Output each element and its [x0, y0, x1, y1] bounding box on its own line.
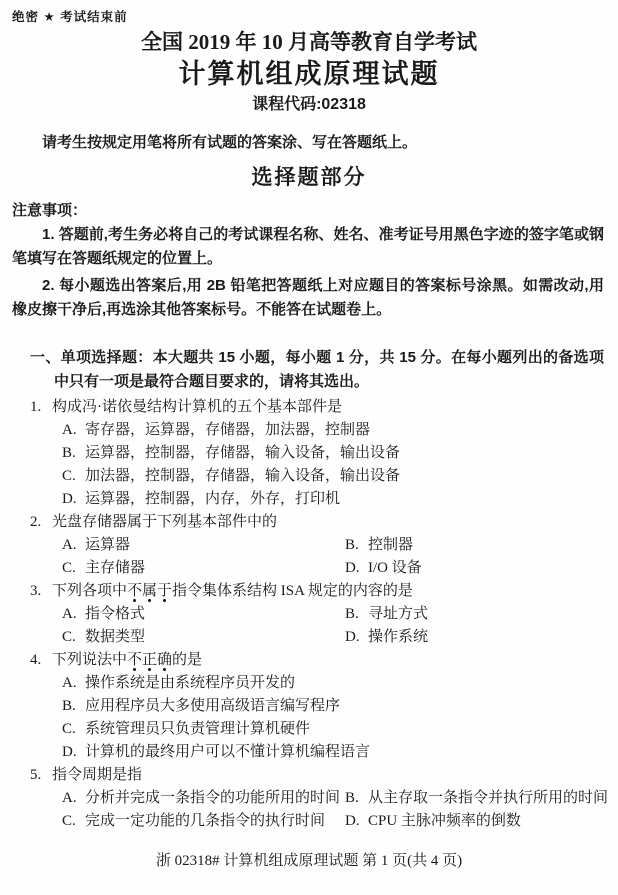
question-stem-text: 光盘存储器属于下列基本部件中的 [52, 511, 277, 534]
option-label: A. [62, 672, 85, 695]
question-stem: 5.指令周期是指 [0, 764, 618, 787]
option-label: D. [62, 488, 85, 511]
option-label: C. [62, 626, 85, 649]
option: C.主存储器 [62, 557, 345, 580]
notice-item-1: 1. 答题前,考生务必将自己的考试课程名称、姓名、准考证号用黑色字迹的签字笔或钢… [12, 223, 604, 271]
option-label: C. [62, 557, 85, 580]
option-row: C.数据类型D.操作系统 [0, 626, 618, 649]
option-row: C.完成一定功能的几条指令的执行时间D.CPU 主脉冲频率的倒数 [0, 810, 618, 833]
option-label: B. [345, 787, 368, 810]
question-item-1: 1.构成冯·诺依曼结构计算机的五个基本部件是A.寄存器，运算器，存储器，加法器，… [0, 396, 618, 511]
question-number: 5. [30, 764, 52, 787]
option: C.完成一定功能的几条指令的执行时间 [62, 810, 345, 833]
option: B.运算器，控制器，存储器，输入设备，输出设备 [62, 442, 400, 465]
option-text: 指令格式 [85, 603, 145, 626]
notice-item-2: 2. 每小题选出答案后,用 2B 铅笔把答题纸上对应题目的答案标号涂黑。如需改动… [12, 274, 604, 322]
option-label: D. [345, 557, 368, 580]
option-row: D.计算机的最终用户可以不懂计算机编程语言 [0, 741, 618, 764]
option: D.I/O 设备 [345, 557, 618, 580]
option-row: C.主存储器D.I/O 设备 [0, 557, 618, 580]
option-row: A.分析并完成一条指令的功能所用的时间B.从主存取一条指令并执行所用的时间 [0, 787, 618, 810]
option: A.指令格式 [62, 603, 345, 626]
option: D.CPU 主脉冲频率的倒数 [345, 810, 618, 833]
option-label: D. [345, 810, 368, 833]
option-label: B. [345, 534, 368, 557]
option-text: 操作系统是由系统程序员开发的 [85, 672, 295, 695]
option-label: A. [62, 534, 85, 557]
option-text: 控制器 [368, 534, 413, 557]
exam-session-title: 全国 2019 年 10 月高等教育自学考试 [0, 28, 618, 56]
page-footer: 浙 02318# 计算机组成原理试题 第 1 页(共 4 页) [0, 849, 618, 870]
option: B.应用程序员大多使用高级语言编写程序 [62, 695, 340, 718]
option-text: 主存储器 [85, 557, 145, 580]
option-text: 从主存取一条指令并执行所用的时间 [368, 787, 608, 810]
course-code: 课程代码:02318 [0, 94, 618, 116]
question-stem-text: 下列说法中不正确的是 [52, 649, 202, 672]
option: A.操作系统是由系统程序员开发的 [62, 672, 295, 695]
option: D.操作系统 [345, 626, 618, 649]
question-stem-text: 指令周期是指 [52, 764, 142, 787]
option: C.加法器，控制器，存储器，输入设备，输出设备 [62, 465, 400, 488]
option-row: D.运算器，控制器，内存，外存，打印机 [0, 488, 618, 511]
question-item-3: 3.下列各项中不属于指令集体系结构 ISA 规定的内容的是A.指令格式B.寻址方… [0, 580, 618, 649]
question-stem: 2.光盘存储器属于下列基本部件中的 [0, 511, 618, 534]
notice-heading: 注意事项： [12, 201, 618, 220]
option: B.从主存取一条指令并执行所用的时间 [345, 787, 618, 810]
question-number: 1. [30, 396, 52, 419]
option-text: 操作系统 [368, 626, 428, 649]
option-text: 运算器，控制器，存储器，输入设备，输出设备 [85, 442, 400, 465]
option-text: 分析并完成一条指令的功能所用的时间 [85, 787, 340, 810]
option-label: C. [62, 465, 85, 488]
option: A.分析并完成一条指令的功能所用的时间 [62, 787, 345, 810]
option: C.系统管理员只负责管理计算机硬件 [62, 718, 310, 741]
question-stem: 4.下列说法中不正确的是 [0, 649, 618, 672]
question-stem: 3.下列各项中不属于指令集体系结构 ISA 规定的内容的是 [0, 580, 618, 603]
option-label: A. [62, 603, 85, 626]
option: C.数据类型 [62, 626, 345, 649]
option-text: 应用程序员大多使用高级语言编写程序 [85, 695, 340, 718]
option-text: 数据类型 [85, 626, 145, 649]
option-row: B.应用程序员大多使用高级语言编写程序 [0, 695, 618, 718]
question-number: 4. [30, 649, 52, 672]
answer-instruction: 请考生按规定用笔将所有试题的答案涂、写在答题纸上。 [42, 134, 604, 152]
option-label: B. [62, 442, 85, 465]
option-text: 系统管理员只负责管理计算机硬件 [85, 718, 310, 741]
option-row: A.指令格式B.寻址方式 [0, 603, 618, 626]
option-row: C.系统管理员只负责管理计算机硬件 [0, 718, 618, 741]
question-number: 3. [30, 580, 52, 603]
page-body: 全国 2019 年 10 月高等教育自学考试 计算机组成原理试题 课程代码:02… [0, 0, 618, 833]
option-text: CPU 主脉冲频率的倒数 [368, 810, 521, 833]
question-stem-text: 构成冯·诺依曼结构计算机的五个基本部件是 [52, 396, 342, 419]
question-stem: 1.构成冯·诺依曼结构计算机的五个基本部件是 [0, 396, 618, 419]
option-row: B.运算器，控制器，存储器，输入设备，输出设备 [0, 442, 618, 465]
option: A.运算器 [62, 534, 345, 557]
option-row: A.操作系统是由系统程序员开发的 [0, 672, 618, 695]
option-text: 加法器，控制器，存储器，输入设备，输出设备 [85, 465, 400, 488]
question-item-5: 5.指令周期是指A.分析并完成一条指令的功能所用的时间B.从主存取一条指令并执行… [0, 764, 618, 833]
emphasized-text: 不属于 [127, 583, 172, 603]
option: A.寄存器，运算器，存储器，加法器，控制器 [62, 419, 370, 442]
option-label: B. [345, 603, 368, 626]
notice-list: 1. 答题前,考生务必将自己的考试课程名称、姓名、准考证号用黑色字迹的签字笔或钢… [0, 223, 618, 322]
exam-paper-page: 绝密 ★ 考试结束前 全国 2019 年 10 月高等教育自学考试 计算机组成原… [0, 0, 618, 895]
paper-title: 计算机组成原理试题 [0, 57, 618, 91]
option-label: A. [62, 419, 85, 442]
section-one-text: 单项选择题：本大题共 15 小题，每小题 1 分，共 15 分。在每小题列出的备… [54, 349, 604, 390]
option-text: 寄存器，运算器，存储器，加法器，控制器 [85, 419, 370, 442]
option-text: I/O 设备 [368, 557, 422, 580]
question-item-2: 2.光盘存储器属于下列基本部件中的A.运算器B.控制器C.主存储器D.I/O 设… [0, 511, 618, 580]
option-row: A.运算器B.控制器 [0, 534, 618, 557]
question-item-4: 4.下列说法中不正确的是A.操作系统是由系统程序员开发的B.应用程序员大多使用高… [0, 649, 618, 764]
section-one-number: 一、 [30, 349, 61, 366]
option-text: 运算器 [85, 534, 130, 557]
option-row: C.加法器，控制器，存储器，输入设备，输出设备 [0, 465, 618, 488]
part-title: 选择题部分 [0, 165, 618, 191]
option: D.运算器，控制器，内存，外存，打印机 [62, 488, 340, 511]
option: B.控制器 [345, 534, 618, 557]
option-label: A. [62, 787, 85, 810]
option-text: 计算机的最终用户可以不懂计算机编程语言 [85, 741, 370, 764]
option-label: D. [62, 741, 85, 764]
option: B.寻址方式 [345, 603, 618, 626]
option: D.计算机的最终用户可以不懂计算机编程语言 [62, 741, 370, 764]
question-list: 1.构成冯·诺依曼结构计算机的五个基本部件是A.寄存器，运算器，存储器，加法器，… [0, 396, 618, 833]
option-label: C. [62, 718, 85, 741]
option-label: D. [345, 626, 368, 649]
option-label: B. [62, 695, 85, 718]
secrecy-label: 绝密 ★ 考试结束前 [12, 7, 128, 25]
section-one-heading: 一、单项选择题：本大题共 15 小题，每小题 1 分，共 15 分。在每小题列出… [0, 346, 604, 394]
question-stem-text: 下列各项中不属于指令集体系结构 ISA 规定的内容的是 [52, 580, 413, 603]
option-text: 完成一定功能的几条指令的执行时间 [85, 810, 325, 833]
option-label: C. [62, 810, 85, 833]
emphasized-text: 不正确 [127, 652, 172, 672]
option-text: 寻址方式 [368, 603, 428, 626]
question-number: 2. [30, 511, 52, 534]
option-text: 运算器，控制器，内存，外存，打印机 [85, 488, 340, 511]
option-row: A.寄存器，运算器，存储器，加法器，控制器 [0, 419, 618, 442]
